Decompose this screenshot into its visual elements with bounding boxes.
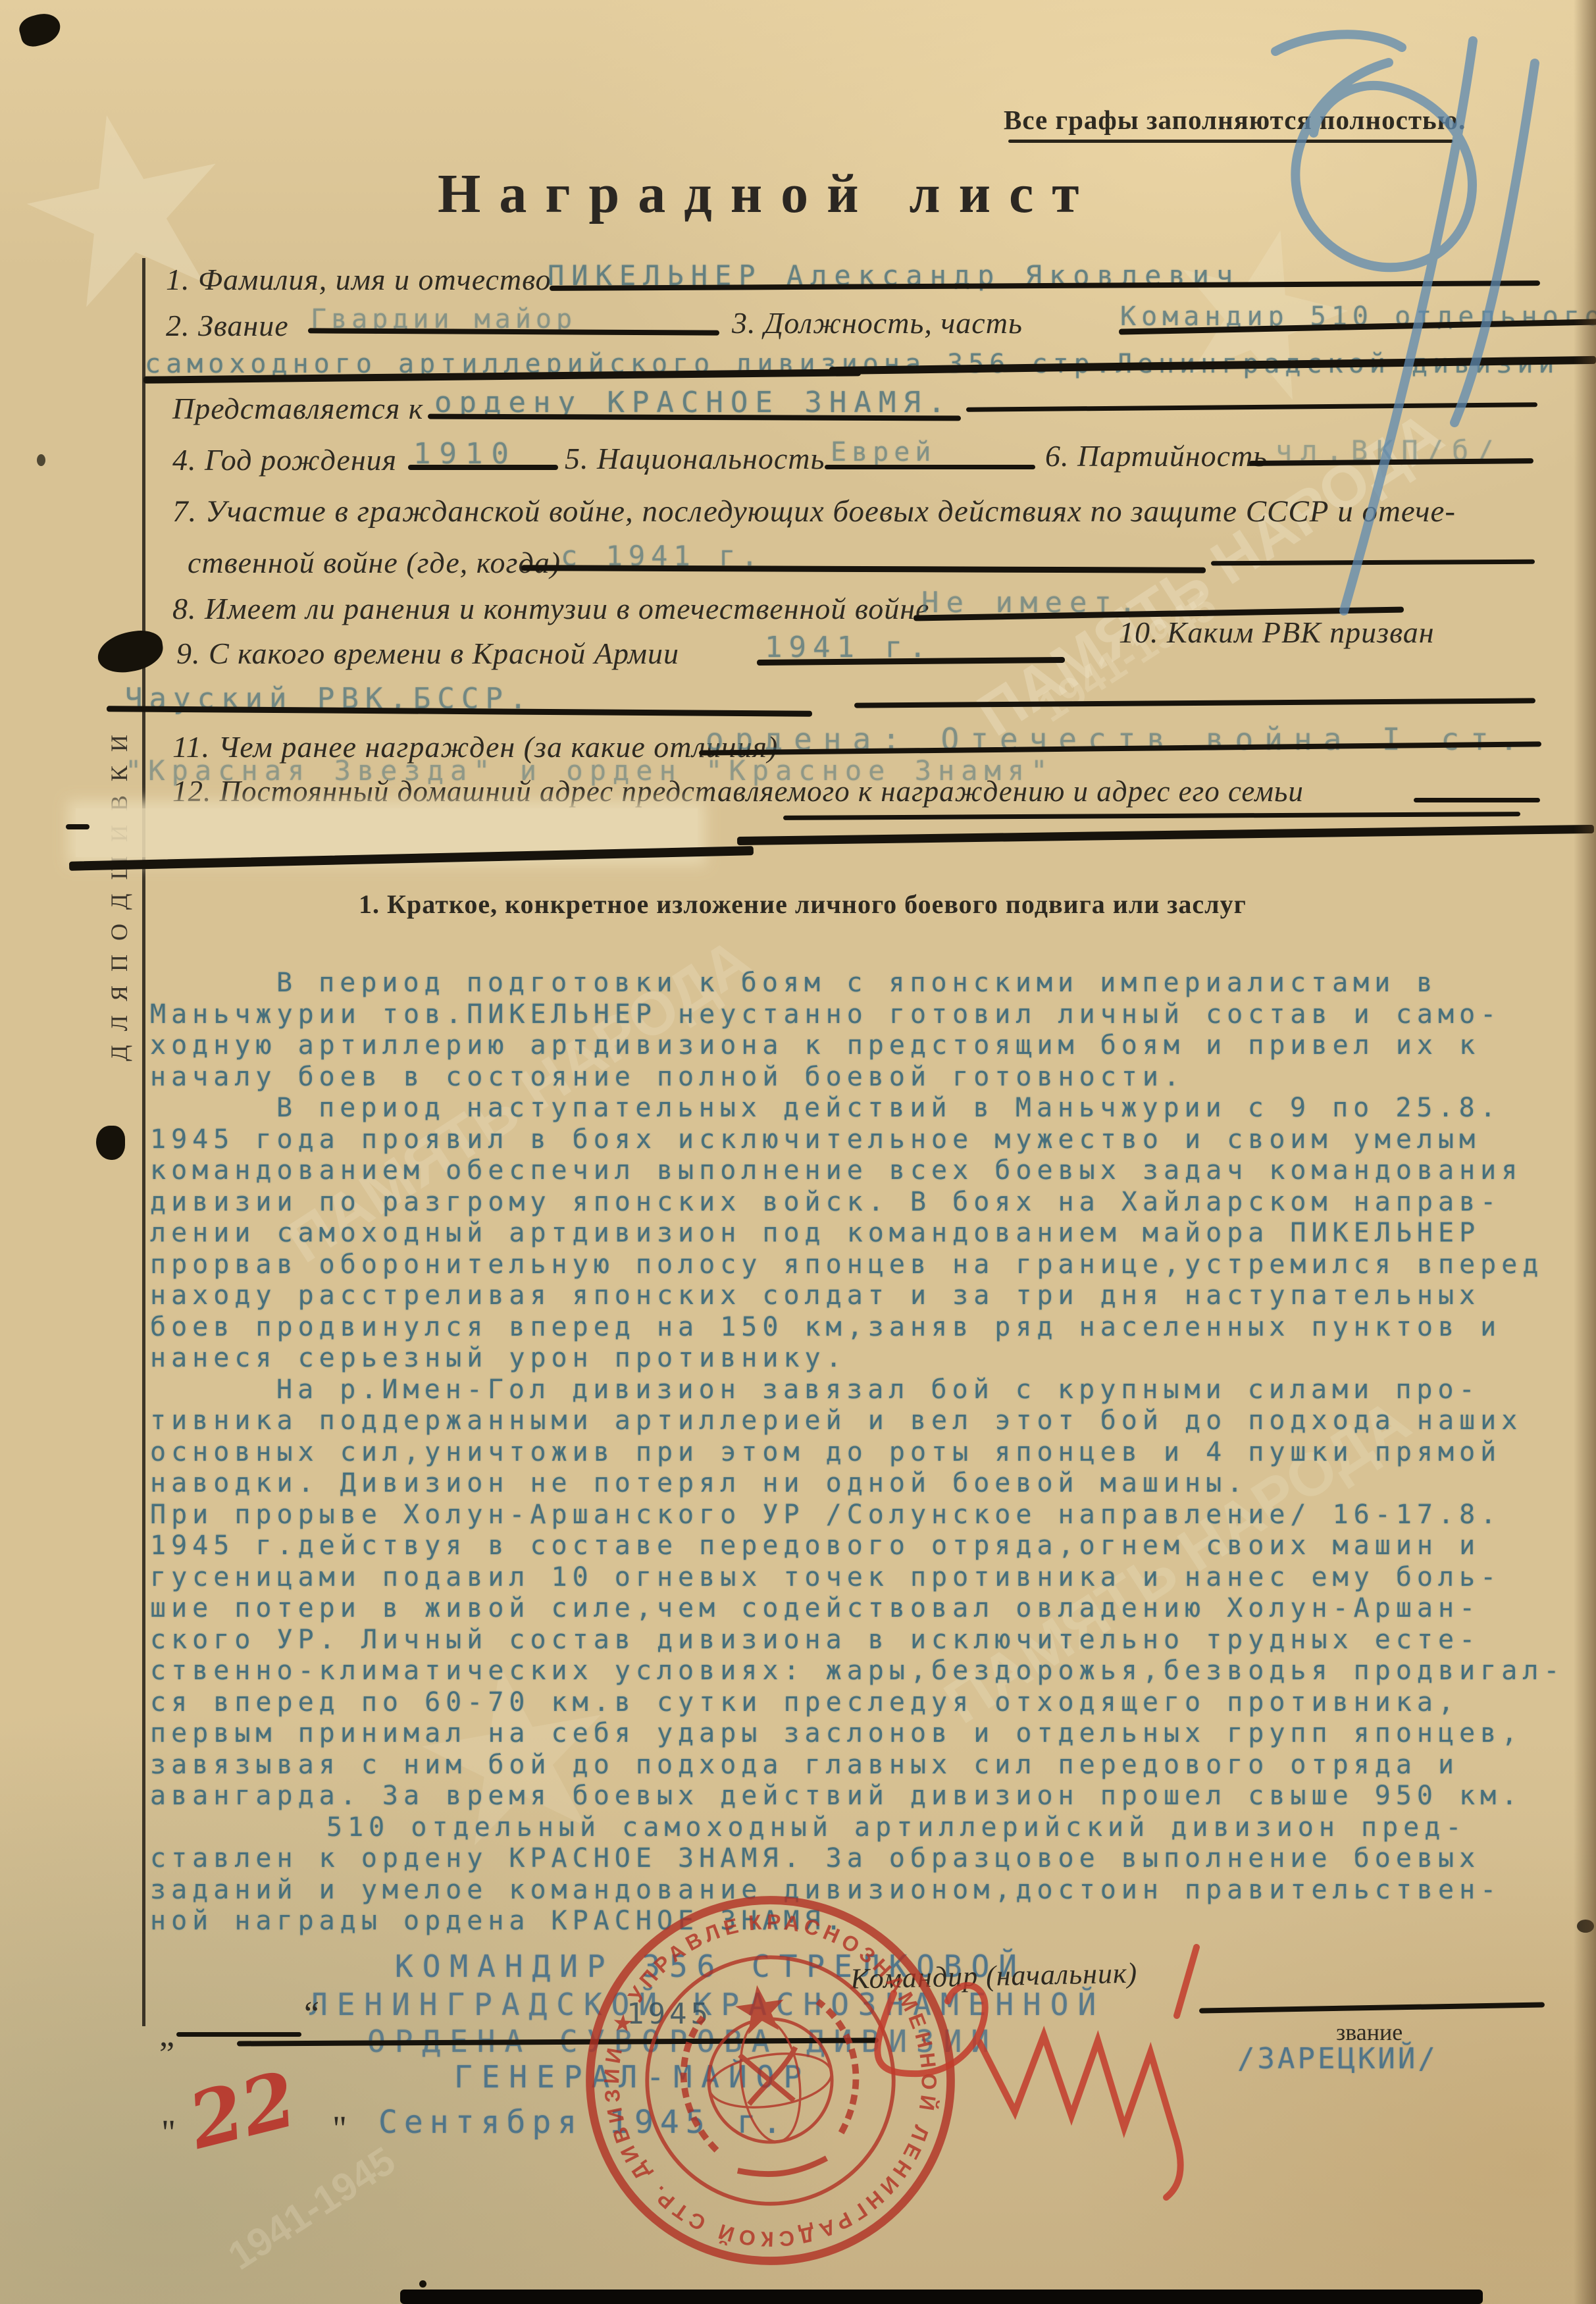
red-signature (0, 0, 1596, 2304)
award-sheet-document: ★ ★ ★ ПАМЯТЬ НАРОДА 1941-1945 ПАМЯТЬ НАР… (0, 0, 1596, 2304)
scan-footer-bar (400, 2290, 1483, 2304)
